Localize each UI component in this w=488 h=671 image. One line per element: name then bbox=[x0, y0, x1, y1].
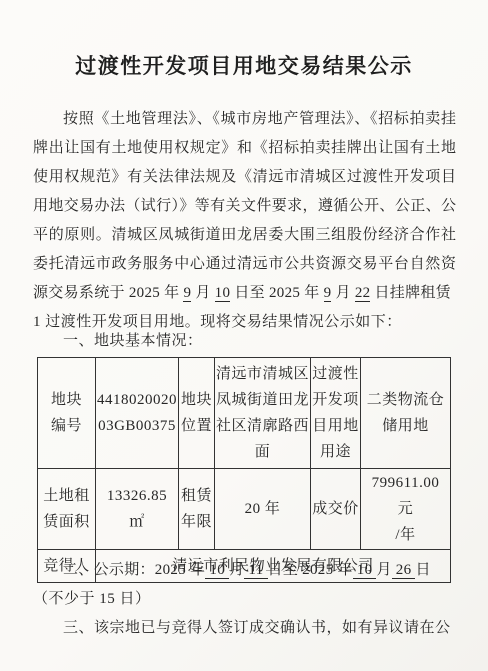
land-use-label: 过渡性 开发项 目用地 用途 bbox=[311, 358, 361, 469]
section1-heading: 一、地块基本情况： bbox=[33, 330, 456, 352]
section2-minimum-days-note: （不少于 15 日） bbox=[33, 588, 151, 610]
table-row-lease: 土地租 赁面积 13326.85 ㎡ 租赁 年限 20 年 成交价 799611… bbox=[38, 469, 451, 550]
intro-line-5: 平的原则。清城区凤城街道田龙居委大围三组股份经济合作社 bbox=[33, 221, 456, 250]
parcel-location-value: 清远市清城区 凤城街道田龙 社区清廓路西 面 bbox=[215, 358, 311, 469]
listing-period-line: 源交易系统于 2025 年 9 月 10 日至 2025 年 9 月 22 日挂… bbox=[33, 279, 456, 308]
listing-period-text: 源交易系统于 2025 年 bbox=[33, 285, 183, 301]
listing-period-text: 日至 2025 年 bbox=[230, 285, 323, 301]
section2-publicity-period: 二、公示期：2025 年 10 月 11 日至 2025 年 10 月 26 日 bbox=[33, 559, 431, 581]
publicity-period-text: 日 bbox=[415, 562, 430, 578]
publicity-end-month: 10 bbox=[353, 562, 377, 579]
publicity-end-day: 26 bbox=[392, 562, 416, 579]
publicity-period-text: 月 bbox=[376, 562, 391, 578]
table-row-parcel: 地块 编号 4418020020 03GB00375 地块 位置 清远市清城区 … bbox=[38, 358, 451, 469]
deal-price-value: 799611.00 元 /年 bbox=[361, 469, 451, 550]
section3-line: 三、该宗地已与竞得人签订成交确认书，如有异议请在公 bbox=[33, 617, 456, 639]
intro-line-6: 委托清远市政务服务中心通过清远市公共资源交易平台自然资 bbox=[33, 250, 456, 279]
intro-line-4: 用地交易办法（试行）》等有关文件要求，遵循公开、公正、公 bbox=[33, 192, 456, 221]
intro-line-3: 使用权规范》有关法律法规及《清远市清城区过渡性开发项目 bbox=[33, 163, 456, 192]
listing-period-text: 月 bbox=[331, 285, 354, 301]
document-page: 过渡性开发项目用地交易结果公示 按照《土地管理法》、《城市房地产管理法》、《招标… bbox=[0, 0, 488, 671]
listing-start-day: 10 bbox=[215, 285, 231, 302]
lease-term-value: 20 年 bbox=[215, 469, 311, 550]
document-title: 过渡性开发项目用地交易结果公示 bbox=[0, 50, 488, 80]
listing-period-text: 月 bbox=[191, 285, 214, 301]
parcel-location-label: 地块 位置 bbox=[179, 358, 215, 469]
parcel-number-label: 地块 编号 bbox=[38, 358, 96, 469]
parcel-number-value: 4418020020 03GB00375 bbox=[96, 358, 179, 469]
lease-area-value: 13326.85 ㎡ bbox=[96, 469, 179, 550]
lease-term-label: 租赁 年限 bbox=[179, 469, 215, 550]
land-use-value: 二类物流仓 储用地 bbox=[361, 358, 451, 469]
lease-area-label: 土地租 赁面积 bbox=[38, 469, 96, 550]
land-info-table: 地块 编号 4418020020 03GB00375 地块 位置 清远市清城区 … bbox=[37, 357, 451, 583]
publicity-period-text: 月 bbox=[229, 562, 244, 578]
intro-line-2: 牌出让国有土地使用权规定》和《招标拍卖挂牌出让国有土地 bbox=[33, 134, 456, 163]
publicity-period-text: 二、公示期：2025 年 bbox=[63, 562, 205, 578]
deal-price-label: 成交价 bbox=[311, 469, 361, 550]
listing-end-day: 22 bbox=[355, 285, 371, 302]
publicity-period-text: 日至 2025 年 bbox=[268, 562, 353, 578]
intro-line-1: 按照《土地管理法》、《城市房地产管理法》、《招标拍卖挂 bbox=[33, 105, 456, 134]
intro-paragraph: 按照《土地管理法》、《城市房地产管理法》、《招标拍卖挂 牌出让国有土地使用权规定… bbox=[33, 105, 456, 337]
listing-period-text: 日挂牌租赁 bbox=[370, 285, 451, 301]
publicity-start-month: 10 bbox=[205, 562, 229, 579]
publicity-start-day: 11 bbox=[244, 562, 267, 579]
